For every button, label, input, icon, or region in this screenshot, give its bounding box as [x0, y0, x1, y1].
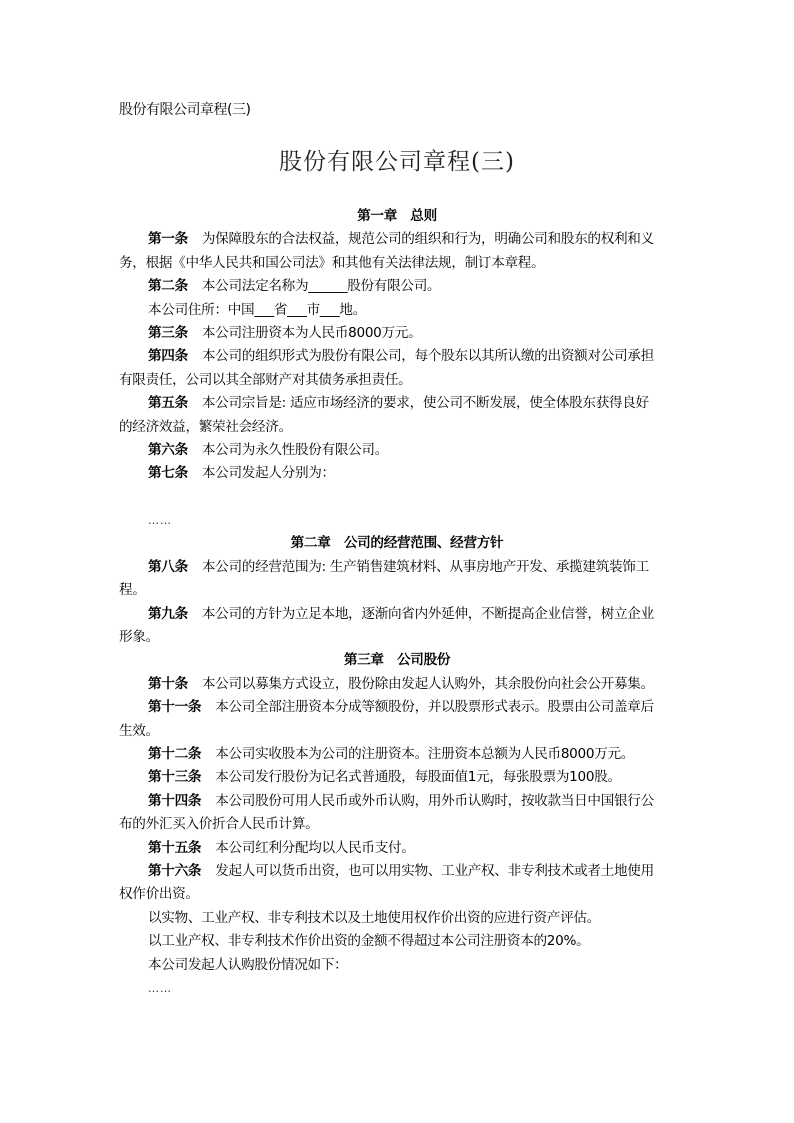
article-12: 第十二条本公司实收股本为公司的注册资本。注册资本总额为人民币8000万元。 [119, 743, 675, 766]
article-text: 本公司的经营范围为: 生产销售建筑材料、从事房地产开发、承揽建筑装饰工 [202, 559, 649, 575]
document-title: 股份有限公司章程(三) [0, 143, 794, 176]
article-text: 本公司的方针为立足本地，逐渐向省内外延伸，不断提高企业信誉，树立企业 [202, 606, 654, 622]
article-3: 第三条本公司注册资本为人民币8000万元。 [119, 322, 675, 345]
article-11: 第十一条本公司全部注册资本分成等额股份，并以股票形式表示。股票由公司盖章后 [119, 696, 675, 719]
article-15: 第十五条本公司红利分配均以人民币支付。 [119, 837, 675, 860]
article-text: 本公司法定名称为______股份有限公司。 [202, 278, 440, 294]
chapter-heading: 第二章 公司的经营范围、经营方针 [119, 532, 675, 555]
article-label: 第十五条 [148, 840, 201, 856]
chapter-heading: 第三章 公司股份 [119, 649, 675, 672]
article-label: 第二条 [148, 278, 188, 294]
article-4-cont: 有限责任，公司以其全部财产对其债务承担责任。 [119, 369, 675, 392]
article-16: 第十六条发起人可以货币出资，也可以用实物、工业产权、非专利技术或者土地使用 [119, 860, 675, 883]
article-8-cont: 程。 [119, 579, 675, 602]
article-label: 第七条 [148, 465, 188, 481]
article-7: 第七条本公司发起人分别为： [119, 462, 675, 485]
article-6: 第六条本公司为永久性股份有限公司。 [119, 439, 675, 462]
article-9-cont: 形象。 [119, 626, 675, 649]
article-14: 第十四条本公司股份可用人民币或外币认购，用外币认购时，按收款当日中国银行公 [119, 790, 675, 813]
article-label: 第十三条 [148, 769, 201, 785]
article-text: 本公司的组织形式为股份有限公司，每个股东以其所认缴的出资额对公司承担 [202, 348, 654, 364]
article-text: 本公司红利分配均以人民币支付。 [215, 840, 414, 856]
article-text: 本公司宗旨是: 适应市场经济的要求，使公司不断发展，使全体股东获得良好 [202, 395, 649, 411]
article-text: 本公司注册资本为人民币8000万元。 [202, 325, 422, 341]
article-label: 第八条 [148, 559, 188, 575]
document-body: 第一章 总则 第一条为保障股东的合法权益，规范公司的组织和行为，明确公司和股东的… [119, 205, 675, 1000]
article-label: 第三条 [148, 325, 188, 341]
article-13: 第十三条本公司发行股份为记名式普通股，每股面值1元，每张股票为100股。 [119, 766, 675, 789]
document-header: 股份有限公司章程(三) [119, 99, 250, 119]
article-11-cont: 生效。 [119, 720, 675, 743]
article-label: 第一条 [148, 231, 188, 247]
article-text: 本公司以募集方式设立，股份除由发起人认购外，其余股份向社会公开募集。 [202, 676, 654, 692]
article-10: 第十条本公司以募集方式设立，股份除由发起人认购外，其余股份向社会公开募集。 [119, 673, 675, 696]
article-1: 第一条为保障股东的合法权益，规范公司的组织和行为，明确公司和股东的权利和义 [119, 228, 675, 251]
article-1-cont: 务，根据《中华人民共和国公司法》和其他有关法律法规，制订本章程。 [119, 252, 675, 275]
paragraph: 以实物、工业产权、非专利技术以及土地使用权作价出资的应进行资产评估。 [119, 907, 675, 930]
article-5-cont: 的经济效益，繁荣社会经济。 [119, 416, 675, 439]
article-text: 发起人可以货币出资，也可以用实物、工业产权、非专利技术或者土地使用 [215, 863, 654, 879]
article-8: 第八条本公司的经营范围为: 生产销售建筑材料、从事房地产开发、承揽建筑装饰工 [119, 556, 675, 579]
ellipsis: …… [119, 509, 675, 532]
article-text: 为保障股东的合法权益，规范公司的组织和行为，明确公司和股东的权利和义 [202, 231, 654, 247]
article-label: 第四条 [148, 348, 188, 364]
article-4: 第四条本公司的组织形式为股份有限公司，每个股东以其所认缴的出资额对公司承担 [119, 345, 675, 368]
blank-line [119, 486, 675, 509]
article-label: 第十二条 [148, 746, 201, 762]
article-text: 本公司发行股份为记名式普通股，每股面值1元，每张股票为100股。 [215, 769, 621, 785]
article-9: 第九条本公司的方针为立足本地，逐渐向省内外延伸，不断提高企业信誉，树立企业 [119, 603, 675, 626]
article-label: 第五条 [148, 395, 188, 411]
article-text: 本公司股份可用人民币或外币认购，用外币认购时，按收款当日中国银行公 [215, 793, 654, 809]
article-text: 本公司为永久性股份有限公司。 [202, 442, 388, 458]
article-2: 第二条本公司法定名称为______股份有限公司。 [119, 275, 675, 298]
paragraph: 以工业产权、非专利技术作价出资的金额不得超过本公司注册资本的20%。 [119, 930, 675, 953]
article-text: 本公司全部注册资本分成等额股份，并以股票形式表示。股票由公司盖章后 [215, 699, 654, 715]
article-text: 本公司发起人分别为： [202, 465, 335, 481]
article-14-cont: 布的外汇买入价折合人民币计算。 [119, 813, 675, 836]
paragraph: 本公司发起人认购股份情况如下： [119, 954, 675, 977]
article-16-cont: 权作价出资。 [119, 883, 675, 906]
ellipsis: …… [119, 977, 675, 1000]
article-label: 第九条 [148, 606, 188, 622]
article-label: 第六条 [148, 442, 188, 458]
article-5: 第五条本公司宗旨是: 适应市场经济的要求，使公司不断发展，使全体股东获得良好 [119, 392, 675, 415]
chapter-heading: 第一章 总则 [119, 205, 675, 228]
article-text: 本公司实收股本为公司的注册资本。注册资本总额为人民币8000万元。 [215, 746, 634, 762]
address-line: 本公司住所：中国___省___市___地。 [119, 299, 675, 322]
article-label: 第十六条 [148, 863, 201, 879]
article-label: 第十条 [148, 676, 188, 692]
article-label: 第十四条 [148, 793, 201, 809]
article-label: 第十一条 [148, 699, 201, 715]
